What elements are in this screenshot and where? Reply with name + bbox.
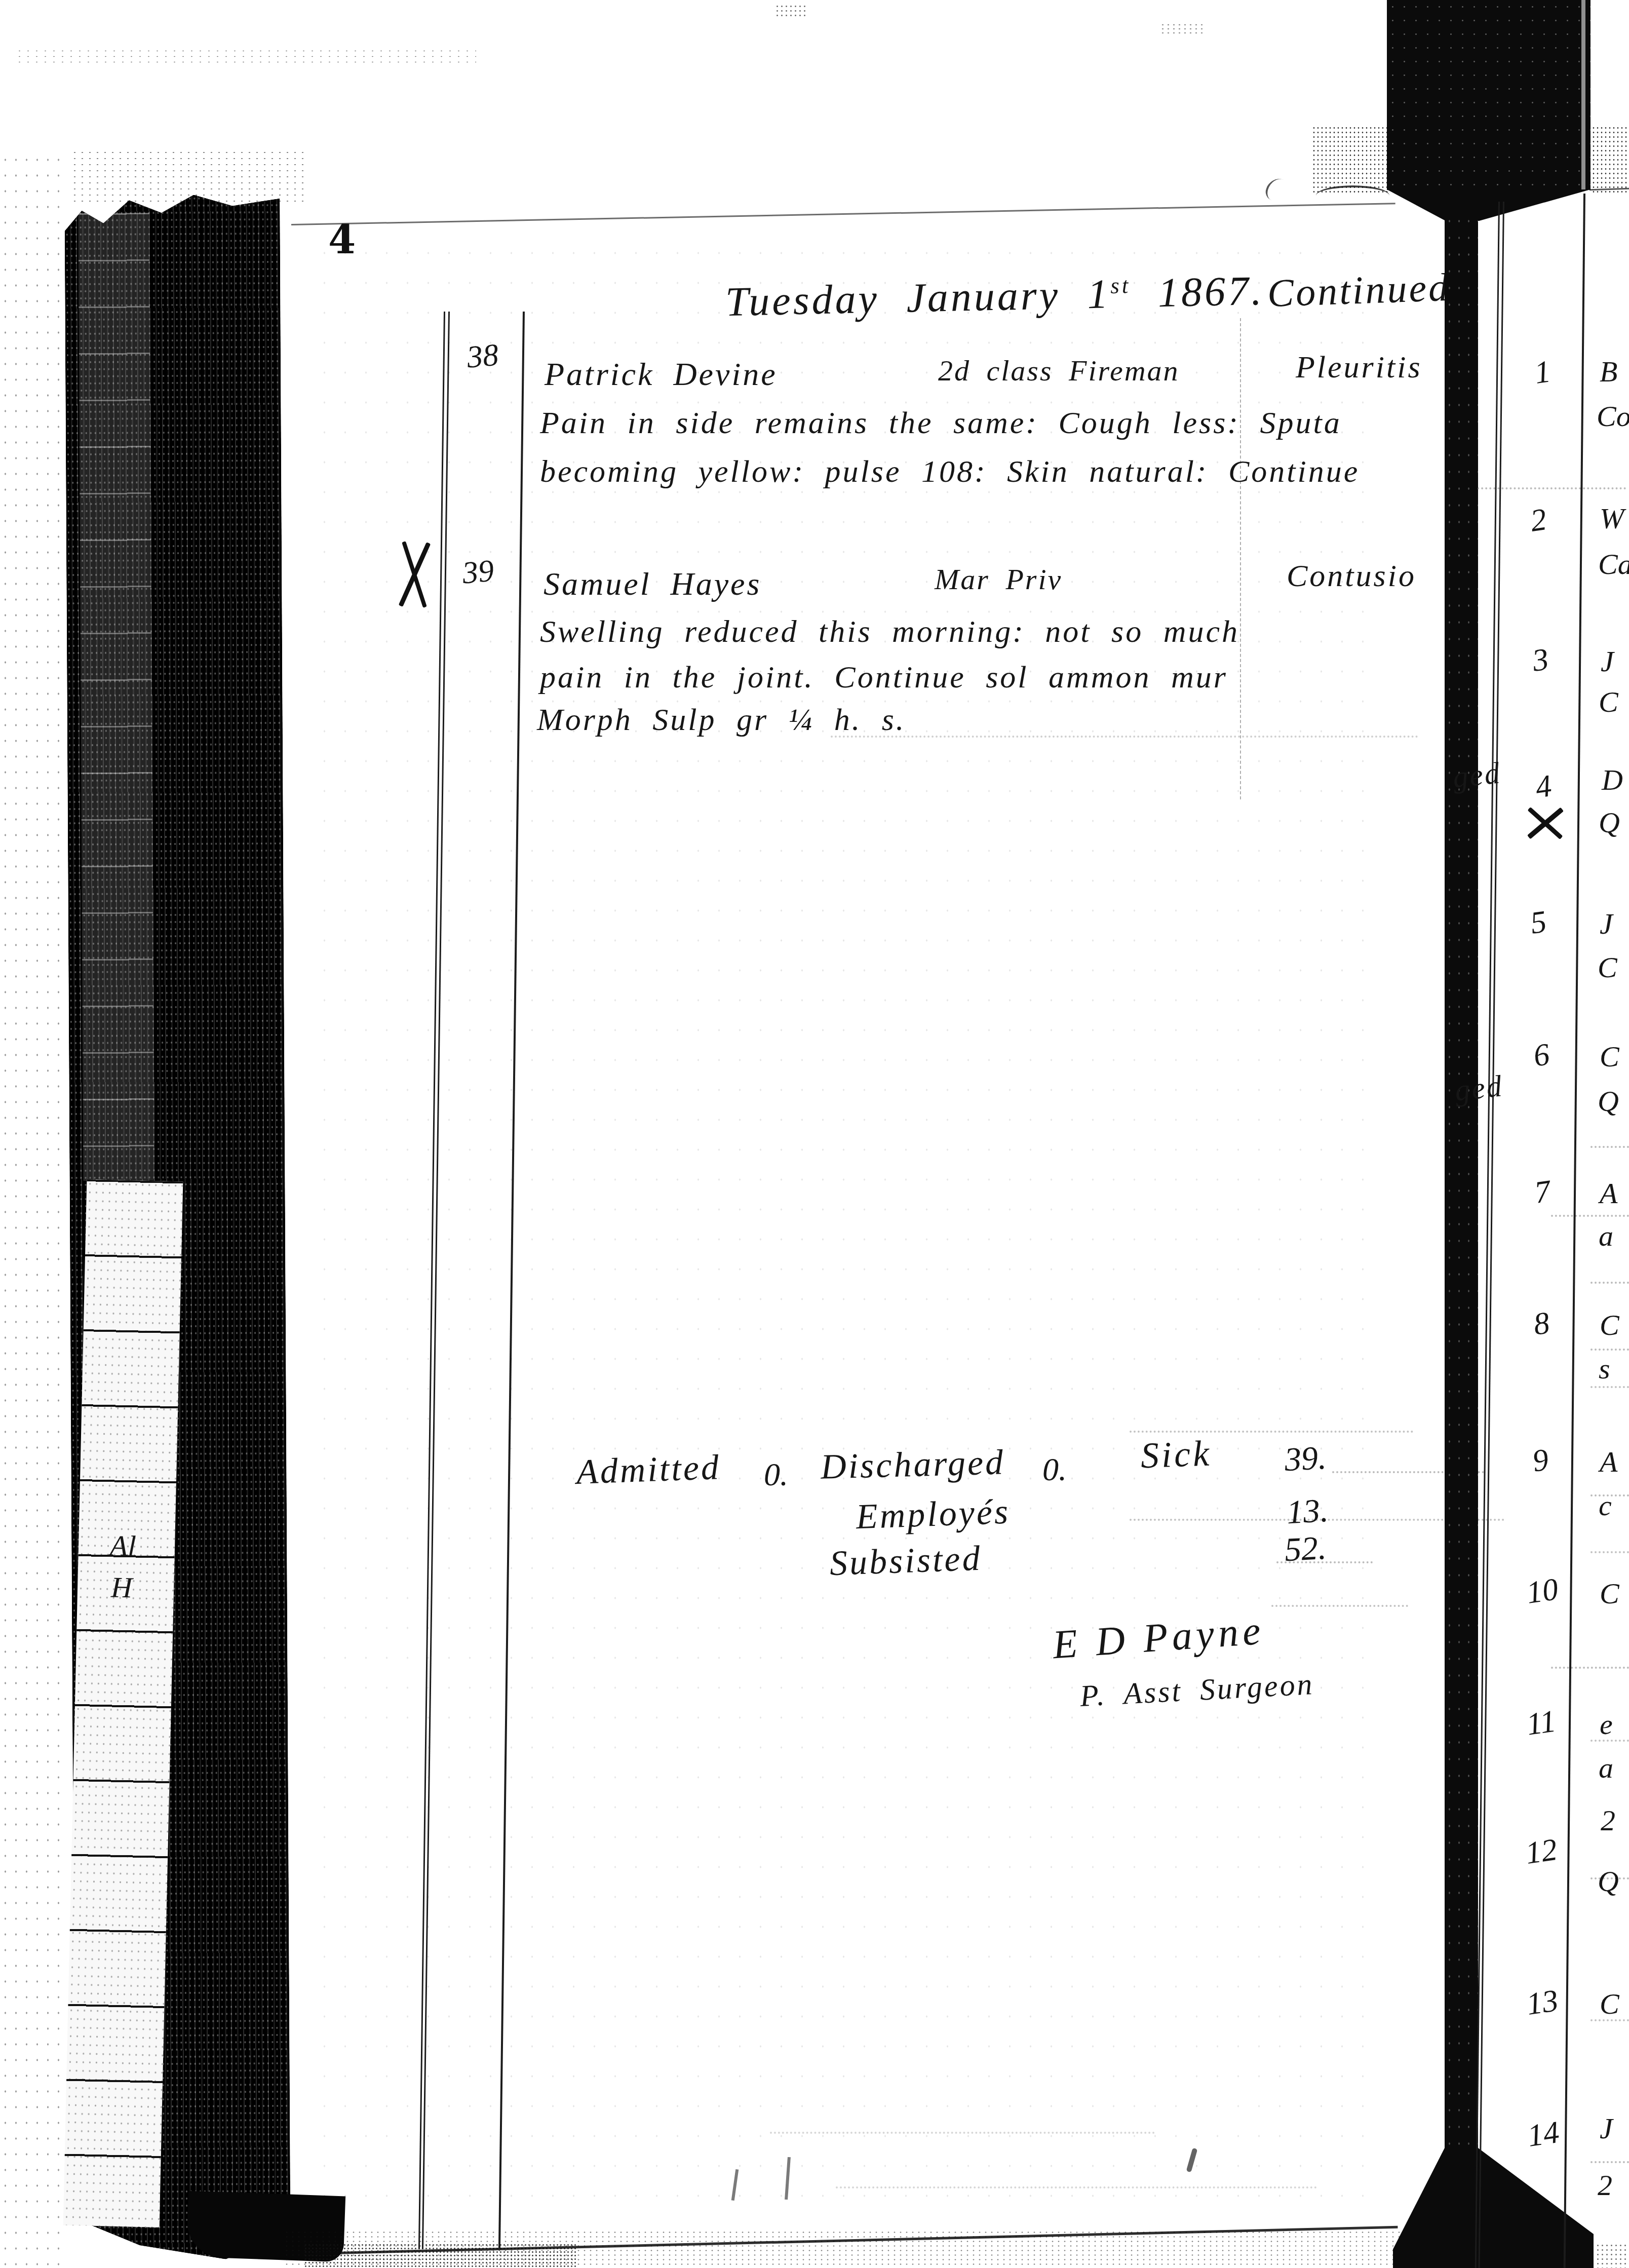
header-date-text: Tuesday January 1 xyxy=(725,271,1111,325)
page-curl-line xyxy=(1263,175,1292,204)
scan-noise xyxy=(775,4,805,17)
right-row-fragment: A xyxy=(1600,1445,1617,1479)
scan-noise xyxy=(71,149,309,203)
right-row-fragment: C xyxy=(1600,1987,1619,2021)
right-row-fragment: A xyxy=(1600,1176,1617,1210)
ruling-dots xyxy=(1591,1740,1629,1742)
right-row-fragment: C xyxy=(1600,1040,1619,1073)
patient-diagnosis: Pleuritis xyxy=(1296,350,1422,386)
ruling-dots xyxy=(1551,1667,1629,1669)
right-row-number: 8 xyxy=(1531,1305,1552,1343)
left-page-top-edge xyxy=(291,203,1395,225)
right-row-fragment: 2 xyxy=(1598,2168,1612,2202)
patient-rank: 2d class Fireman xyxy=(938,354,1180,388)
right-row-fragment: J xyxy=(1601,644,1614,678)
summary-sick-value: 39. xyxy=(1284,1439,1327,1479)
ruling-dots xyxy=(831,736,1418,738)
gutter-top-block xyxy=(1387,0,1591,190)
summary-admitted-value: 0. xyxy=(764,1456,788,1493)
right-row-fragment: e xyxy=(1600,1707,1613,1741)
ruling-dots xyxy=(1591,1146,1629,1148)
entry-number: 39 xyxy=(461,553,495,591)
summary-admitted-label: Admitted xyxy=(576,1447,721,1493)
summary-discharged-value: 0. xyxy=(1042,1451,1067,1488)
scan-noise xyxy=(15,48,476,63)
gutter-highlight xyxy=(1581,0,1585,190)
right-row-fragment: J xyxy=(1600,2111,1613,2145)
patient-diagnosis: Contusio xyxy=(1287,558,1416,594)
right-column-rule xyxy=(1564,194,1585,2268)
right-row-fragment: C xyxy=(1600,1577,1619,1610)
gutter-margin-note: ged xyxy=(1453,1068,1505,1108)
right-row-fragment: a xyxy=(1599,1751,1613,1785)
patient-rank: Mar Priv xyxy=(935,562,1062,596)
right-row-fragment: B xyxy=(1600,355,1617,389)
right-row-number: 10 xyxy=(1524,1571,1560,1611)
page-curl-line xyxy=(1316,185,1389,206)
right-row-number: 5 xyxy=(1528,904,1549,942)
right-row-fragment: a xyxy=(1599,1219,1613,1253)
bottom-edge-noise xyxy=(1596,2243,1629,2268)
summary-subsisted-label: Subsisted xyxy=(829,1539,983,1584)
right-row-number: 11 xyxy=(1524,1703,1558,1743)
ruling-dots xyxy=(1130,1431,1413,1433)
header-date-ordinal: st xyxy=(1110,273,1131,298)
right-row-fragment: Ca xyxy=(1598,547,1629,581)
gutter-noise-right xyxy=(1592,126,1629,193)
right-row-number: 14 xyxy=(1525,2115,1561,2155)
ruling-dots xyxy=(1276,1561,1373,1563)
right-column-rule xyxy=(1479,202,1504,2268)
right-row-fragment: D xyxy=(1602,763,1623,797)
gutter-noise-left xyxy=(1312,126,1388,193)
right-row-number: 9 xyxy=(1530,1442,1551,1480)
ruling-dots xyxy=(836,2186,1317,2188)
patient-name: Samuel Hayes xyxy=(544,565,761,603)
ruling-dots xyxy=(1551,1215,1629,1217)
right-row-number: 7 xyxy=(1532,1173,1553,1211)
entry-note-line: becoming yellow: pulse 108: Skin natural… xyxy=(540,454,1360,490)
right-row-number: 4 xyxy=(1533,768,1554,806)
right-row-number: 2 xyxy=(1528,502,1549,540)
right-row-number: 1 xyxy=(1532,354,1553,392)
summary-sick-label: Sick xyxy=(1140,1433,1213,1477)
gutter-band xyxy=(1445,213,1478,2153)
header-date-year: 1867. xyxy=(1131,267,1265,316)
header-continued: Continued xyxy=(1267,264,1451,317)
scan-noise xyxy=(1160,23,1206,34)
gutter-speckle xyxy=(1445,213,1478,2153)
ruling-dots xyxy=(1591,1551,1629,1553)
summary-employes-value: 13. xyxy=(1286,1491,1329,1532)
right-row-number: 12 xyxy=(1523,1832,1559,1872)
ruling-dots xyxy=(1271,1605,1408,1607)
right-row-fragment: C xyxy=(1600,1308,1619,1342)
entry-note-line: pain in the joint. Continue sol ammon mu… xyxy=(540,660,1228,696)
patient-name: Patrick Devine xyxy=(545,356,778,393)
diagnosis-column-rule xyxy=(1240,318,1241,799)
right-row-fragment: Co xyxy=(1597,399,1629,433)
summary-subsisted-value: 52. xyxy=(1284,1529,1327,1569)
ruling-dots xyxy=(1591,2161,1629,2163)
x-mark xyxy=(1521,803,1569,840)
right-row-fragment: Q xyxy=(1598,1084,1619,1118)
right-row-number: 3 xyxy=(1530,641,1551,679)
right-row-fragment: c xyxy=(1599,1488,1612,1522)
ruling-dots xyxy=(1591,1494,1629,1496)
x-mark xyxy=(394,543,436,606)
right-column-rule xyxy=(1475,202,1500,2268)
right-row-fragment: Q xyxy=(1598,1864,1619,1898)
ruling-dots xyxy=(1469,487,1626,489)
scan-noise xyxy=(0,152,67,2268)
summary-employes-label: Employés xyxy=(856,1492,1011,1538)
gutter-margin-note: ged xyxy=(1451,755,1503,795)
right-row-number: 13 xyxy=(1524,1983,1560,2023)
summary-discharged-label: Discharged xyxy=(820,1442,1005,1488)
entry-note-line: Morph Sulp gr ¼ h. s. xyxy=(537,702,906,738)
ruling-dots xyxy=(1591,1282,1629,1284)
ruling-dots xyxy=(770,2132,1155,2134)
ruling-dots xyxy=(1591,1877,1629,1879)
fore-edge-ladder-texture xyxy=(79,213,154,1181)
gutter-speckle xyxy=(1387,0,1591,190)
ruling-dots xyxy=(1591,1386,1629,1388)
right-row-fragment: Q xyxy=(1599,805,1620,839)
right-row-fragment: J xyxy=(1600,907,1613,941)
gutter-shoulder xyxy=(1387,189,1591,221)
page-grain xyxy=(314,238,1378,2214)
scanned-ledger-page: Al H 4 Tuesday January 1st 1867. Continu… xyxy=(0,0,1629,2268)
entry-note-line: Swelling reduced this morning: not so mu… xyxy=(540,614,1239,650)
right-row-fragment: C xyxy=(1599,685,1618,719)
page-number: 4 xyxy=(328,217,356,263)
right-row-fragment: W xyxy=(1600,502,1624,535)
entry-note-line: Pain in side remains the same: Cough les… xyxy=(540,405,1342,441)
entry-number: 38 xyxy=(466,337,500,375)
right-row-fragment: C xyxy=(1598,950,1617,984)
right-row-number: 6 xyxy=(1531,1036,1552,1074)
right-row-fragment: 2 xyxy=(1601,1803,1615,1837)
ruling-dots xyxy=(1591,1349,1629,1351)
ruling-dots xyxy=(1591,2019,1629,2021)
right-row-fragment: s xyxy=(1599,1352,1610,1386)
